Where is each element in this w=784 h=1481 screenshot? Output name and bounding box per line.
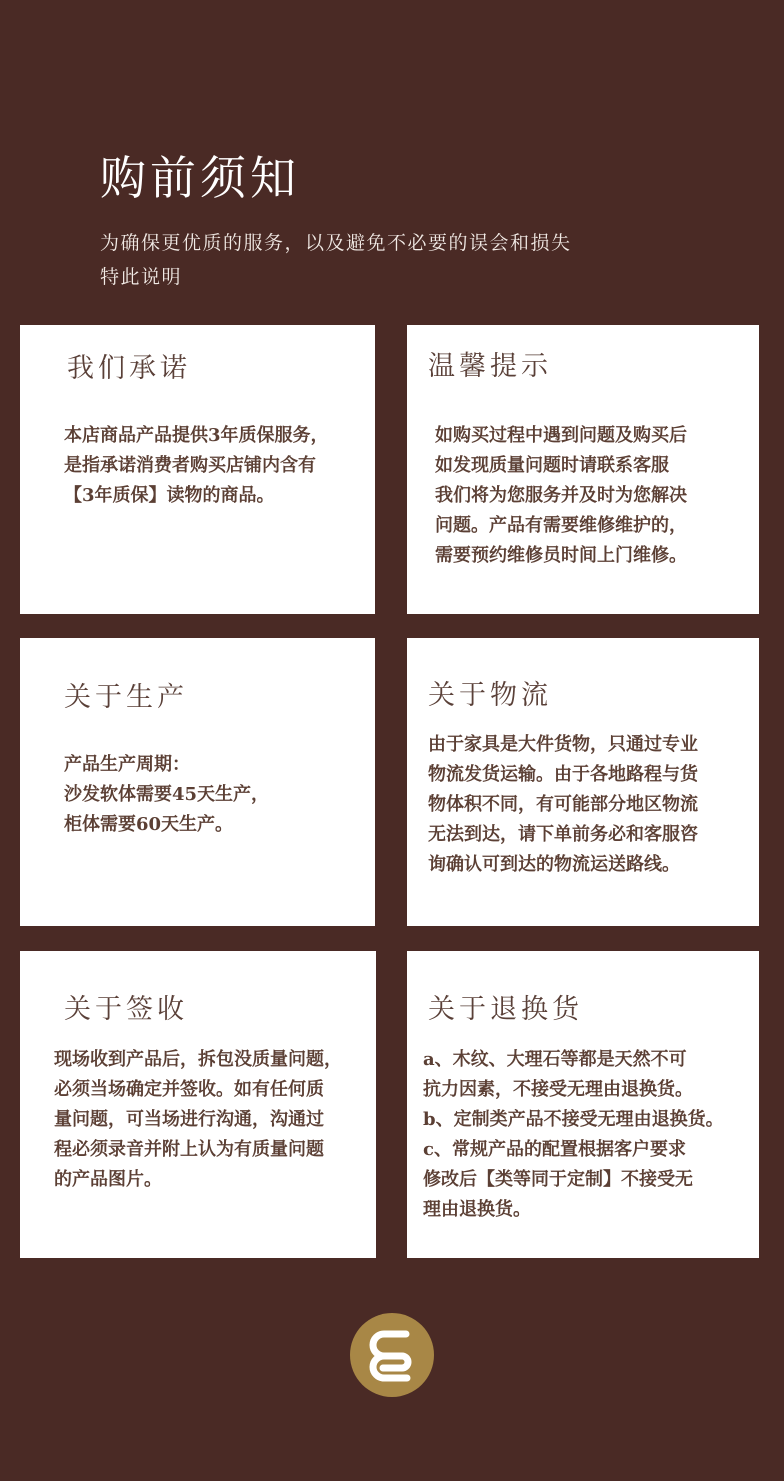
card-body: 由于家具是大件货物，只通过专业 物流发货运输。由于各地路程与货 物体积不同，有可… bbox=[428, 730, 698, 880]
card-signing: 关于签收 现场收到产品后，拆包没质量问题， 必须当场确定并签收。如有任何质 量问… bbox=[20, 951, 376, 1258]
brand-logo bbox=[350, 1313, 434, 1397]
card-body: 如购买过程中遇到问题及购买后 如发现质量问题时请联系客服 我们将为您服务并及时为… bbox=[435, 421, 687, 571]
page-title: 购前须知 bbox=[100, 148, 300, 208]
card-returns: 关于退换货 a、木纹、大理石等都是天然不可 抗力因素，不接受无理由退换货。 b、… bbox=[407, 951, 759, 1258]
card-body: 产品生产周期： 沙发软体需要45天生产， 柜体需要60天生产。 bbox=[64, 750, 269, 840]
card-title: 关于签收 bbox=[64, 992, 188, 1028]
card-body: 现场收到产品后，拆包没质量问题， 必须当场确定并签收。如有任何质 量问题，可当场… bbox=[54, 1045, 342, 1195]
card-body: a、木纹、大理石等都是天然不可 抗力因素，不接受无理由退换货。 b、定制类产品不… bbox=[423, 1045, 724, 1225]
card-title: 我们承诺 bbox=[67, 351, 191, 387]
card-title: 关于退换货 bbox=[428, 992, 583, 1028]
card-title: 关于生产 bbox=[64, 680, 188, 716]
subtitle-line: 特此说明 bbox=[100, 260, 572, 294]
brand-logo-icon bbox=[350, 1313, 434, 1397]
subtitle-line: 为确保更优质的服务，以及避免不必要的误会和损失 bbox=[100, 226, 572, 260]
card-production: 关于生产 产品生产周期： 沙发软体需要45天生产， 柜体需要60天生产。 bbox=[20, 638, 375, 926]
card-title: 关于物流 bbox=[428, 678, 552, 714]
card-promise: 我们承诺 本店商品产品提供3年质保服务， 是指承诺消费者购买店铺内含有 【3年质… bbox=[20, 325, 375, 614]
card-logistics: 关于物流 由于家具是大件货物，只通过专业 物流发货运输。由于各地路程与货 物体积… bbox=[407, 638, 759, 926]
card-body: 本店商品产品提供3年质保服务， 是指承诺消费者购买店铺内含有 【3年质保】读物的… bbox=[64, 421, 329, 511]
card-tips: 温馨提示 如购买过程中遇到问题及购买后 如发现质量问题时请联系客服 我们将为您服… bbox=[407, 325, 759, 614]
card-title: 温馨提示 bbox=[428, 349, 552, 385]
page-subtitle: 为确保更优质的服务，以及避免不必要的误会和损失 特此说明 bbox=[100, 226, 572, 294]
